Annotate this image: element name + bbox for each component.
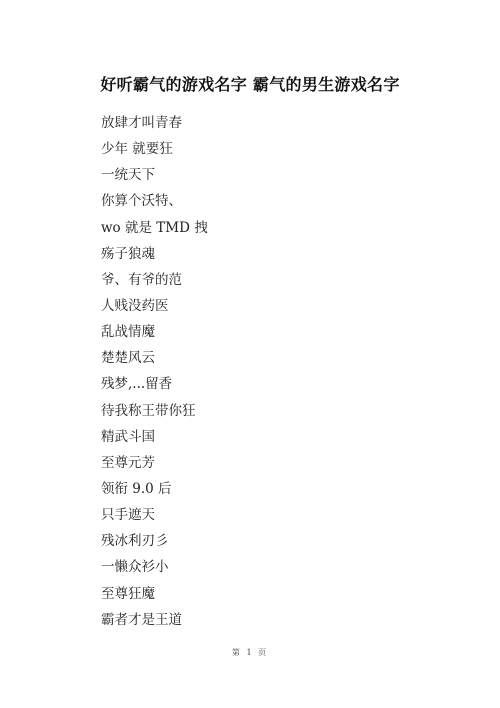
list-item: 精武斗国 (101, 426, 208, 452)
list-item: 爷、有爷的范 (101, 269, 208, 295)
list-item: 霸者才是王道 (101, 609, 208, 635)
list-item: 至尊元芳 (101, 452, 208, 478)
list-item: 乱战情魔 (101, 321, 208, 347)
list-item: 少年 就要狂 (101, 138, 208, 164)
page-number: 第 1 页 (0, 647, 500, 658)
name-list: 放肆才叫青春 少年 就要狂 一统天下 你算个沃特、 wo 就是 TMD 拽 殇子… (101, 112, 208, 635)
list-item: 楚楚风云 (101, 347, 208, 373)
list-item: 人贱没药医 (101, 295, 208, 321)
list-item: 残冰利刃彡 (101, 530, 208, 556)
list-item: 只手遮天 (101, 504, 208, 530)
list-item: 领衔 9.0 后 (101, 478, 208, 504)
document-page: 好听霸气的游戏名字 霸气的男生游戏名字 放肆才叫青春 少年 就要狂 一统天下 你… (0, 0, 500, 708)
list-item: 一懒众衫小 (101, 556, 208, 582)
list-item: wo 就是 TMD 拽 (101, 217, 208, 243)
list-item: 至尊狂魔 (101, 583, 208, 609)
list-item: 殇子狼魂 (101, 243, 208, 269)
list-item: 一统天下 (101, 164, 208, 190)
list-item: 放肆才叫青春 (101, 112, 208, 138)
list-item: 待我称王带你狂 (101, 400, 208, 426)
list-item: 残梦,...留香 (101, 373, 208, 399)
document-title: 好听霸气的游戏名字 霸气的男生游戏名字 (0, 74, 500, 96)
list-item: 你算个沃特、 (101, 190, 208, 216)
